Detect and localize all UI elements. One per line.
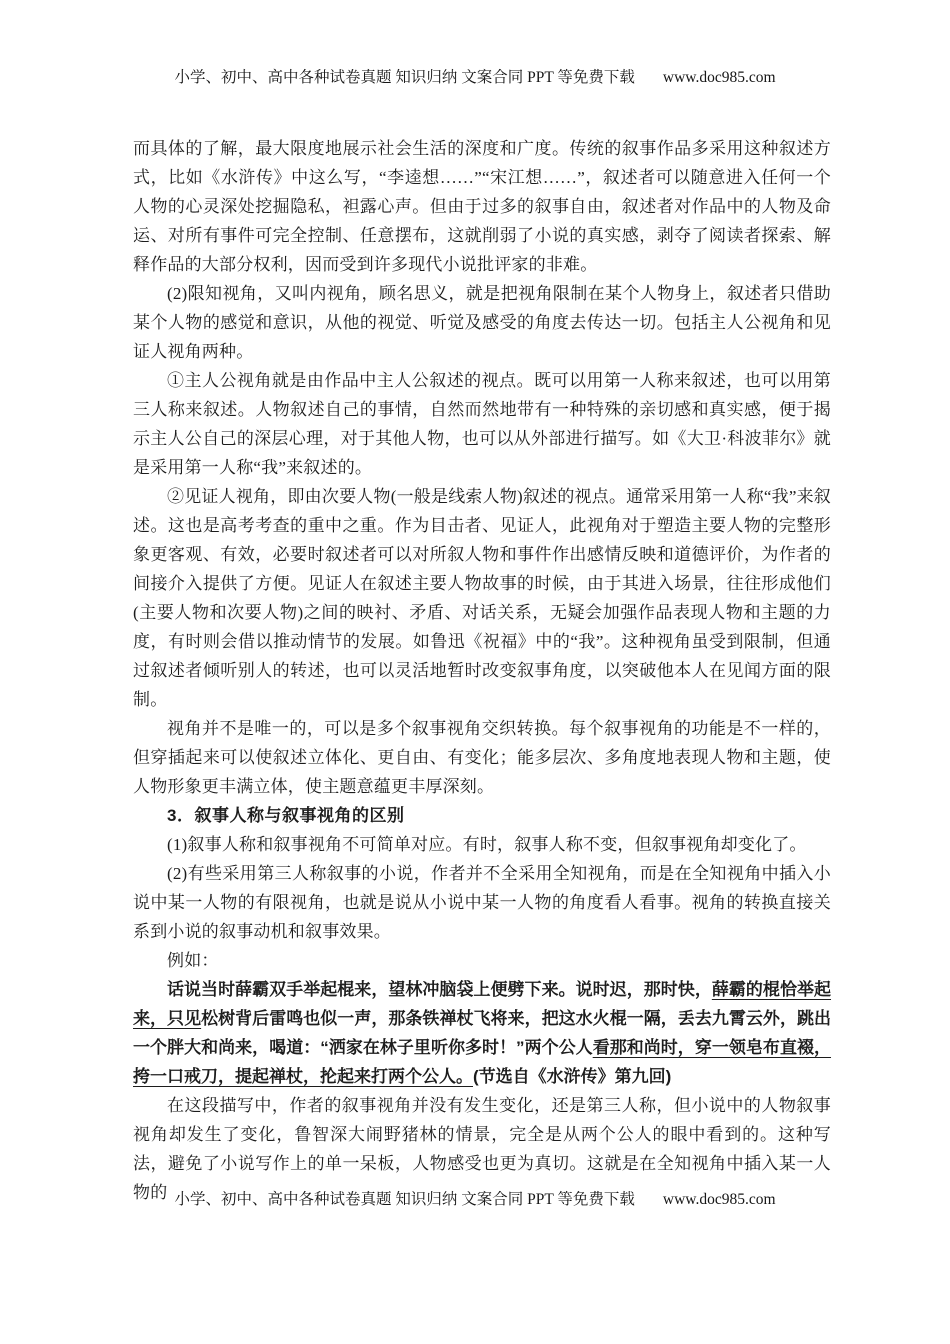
paragraph-point-1: (1)叙事人称和叙事视角不可简单对应。有时，叙事人称不变，但叙事视角却变化了。: [133, 830, 831, 859]
example-label: 例如：: [133, 946, 831, 975]
quote-shuihuzhuan: 话说当时薛霸双手举起棍来，望林冲脑袋上便劈下来。说时迟，那时快，薛霸的棍恰举起来…: [133, 975, 831, 1091]
page-footer: 小学、初中、高中各种试卷真题 知识归纳 文案合同 PPT 等免费下载www.do…: [0, 1190, 950, 1210]
paragraph-point-2: (2)有些采用第三人称叙事的小说，作者并不全采用全知视角，而是在全知视角中插入小…: [133, 859, 831, 946]
page-header: 小学、初中、高中各种试卷真题 知识归纳 文案合同 PPT 等免费下载www.do…: [0, 68, 950, 88]
footer-text: 小学、初中、高中各种试卷真题 知识归纳 文案合同 PPT 等免费下载: [174, 1191, 634, 1208]
paragraph-limited-view: (2)限知视角，又叫内视角，顾名思义，就是把视角限制在某个人物身上，叙述者只借助…: [133, 279, 831, 366]
paragraph-omniscient-continuation: 而具体的了解，最大限度地展示社会生活的深度和广度。传统的叙事作品多采用这种叙述方…: [133, 134, 831, 279]
header-text: 小学、初中、高中各种试卷真题 知识归纳 文案合同 PPT 等免费下载: [174, 69, 634, 86]
document-page: 小学、初中、高中各种试卷真题 知识归纳 文案合同 PPT 等免费下载www.do…: [0, 0, 950, 1344]
section-heading-person-vs-view: 3．叙事人称与叙事视角的区别: [133, 801, 831, 830]
paragraph-witness-view: ②见证人视角，即由次要人物(一般是线索人物)叙述的视点。通常采用第一人称“我”来…: [133, 482, 831, 714]
document-body: 而具体的了解，最大限度地展示社会生活的深度和广度。传统的叙事作品多采用这种叙述方…: [133, 134, 831, 1207]
paragraph-multi-view: 视角并不是唯一的，可以是多个叙事视角交织转换。每个叙事视角的功能是不一样的，但穿…: [133, 714, 831, 801]
paragraph-protagonist-view: ①主人公视角就是由作品中主人公叙述的视点。既可以用第一人称来叙述，也可以用第三人…: [133, 366, 831, 482]
quote-source-attribution: (节选自《水浒传》第九回): [473, 1067, 671, 1086]
quote-segment-1: 话说当时薛霸双手举起棍来，望林冲脑袋上便劈下来。说时迟，那时快，: [167, 980, 712, 999]
header-url: www.doc985.com: [663, 69, 776, 86]
footer-url: www.doc985.com: [663, 1191, 776, 1208]
